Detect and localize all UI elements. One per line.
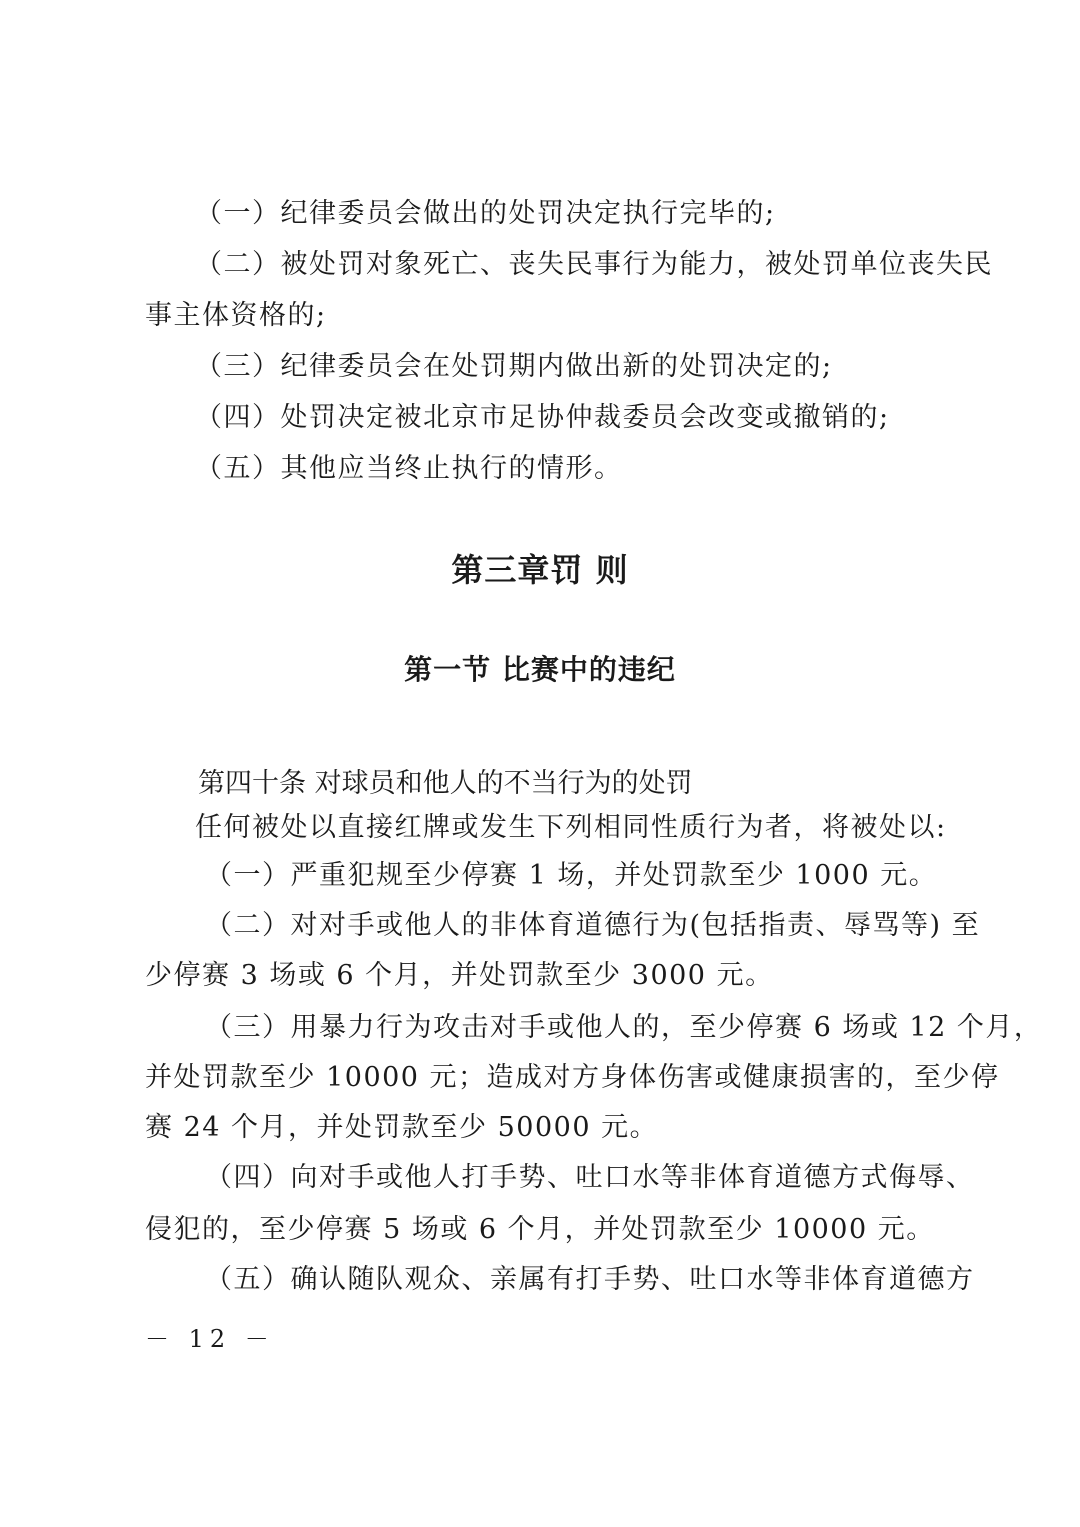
article-item-4: （四）向对手或他人打手势、吐口水等非体育道德方式侮辱、 xyxy=(205,1160,975,1196)
article-title: 第四十条 对球员和他人的不当行为的处罚 xyxy=(198,765,693,803)
article-intro: 任何被处以直接红牌或发生下列相同性质行为者，将被处以: xyxy=(195,810,947,846)
termination-item-2-continued: 事主体资格的; xyxy=(145,298,327,334)
article-item-3-continued-2: 赛 24 个月，并处罚款至少 50000 元。 xyxy=(145,1110,658,1146)
termination-item-5: （五）其他应当终止执行的情形。 xyxy=(195,451,623,487)
article-item-2: （二）对对手或他人的非体育道德行为(包括指责、辱骂等) 至 xyxy=(205,908,980,944)
document-page: （一）纪律委员会做出的处罚决定执行完毕的; （二）被处罚对象死亡、丧失民事行为能… xyxy=(0,0,1080,1527)
termination-item-2: （二）被处罚对象死亡、丧失民事行为能力，被处罚单位丧失民 xyxy=(195,247,993,283)
chapter-title: 第三章罚 则 xyxy=(0,548,1080,592)
article-item-4-continued: 侵犯的，至少停赛 5 场或 6 个月，并处罚款至少 10000 元。 xyxy=(145,1212,935,1248)
page-number: － 12 － xyxy=(145,1324,275,1354)
article-item-3-continued-1: 并处罚款至少 10000 元；造成对方身体伤害或健康损害的，至少停 xyxy=(145,1060,1000,1096)
section-title: 第一节 比赛中的违纪 xyxy=(0,650,1080,690)
article-item-5: （五）确认随队观众、亲属有打手势、吐口水等非体育道德方 xyxy=(205,1262,975,1298)
article-item-1: （一）严重犯规至少停赛 1 场，并处罚款至少 1000 元。 xyxy=(205,858,937,894)
termination-item-1: （一）纪律委员会做出的处罚决定执行完毕的; xyxy=(195,196,776,232)
article-item-2-continued: 少停赛 3 场或 6 个月，并处罚款至少 3000 元。 xyxy=(145,958,774,994)
termination-item-4: （四）处罚决定被北京市足协仲裁委员会改变或撤销的; xyxy=(195,400,890,436)
article-item-3: （三）用暴力行为攻击对手或他人的，至少停赛 6 场或 12 个月， xyxy=(205,1010,1042,1046)
termination-item-3: （三）纪律委员会在处罚期内做出新的处罚决定的; xyxy=(195,349,833,385)
